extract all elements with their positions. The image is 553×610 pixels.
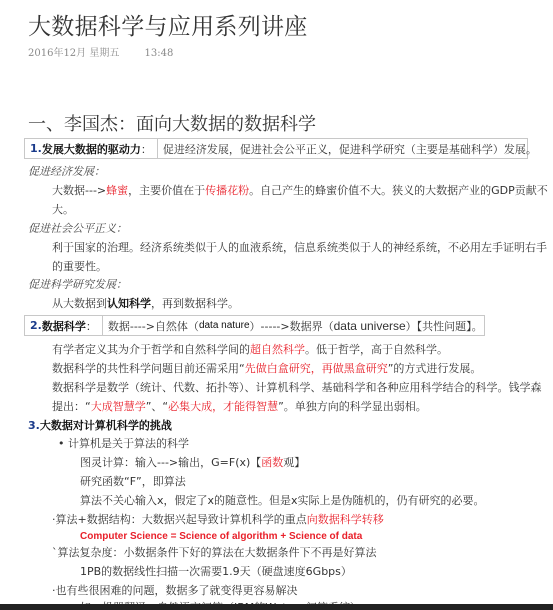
section-number: 3. <box>28 419 40 432</box>
highlight-text: 函数 <box>261 456 283 469</box>
scan-line: 1PB的数据线性扫描一次需要1.9天（硬盘速度6Gbps） <box>80 565 352 579</box>
research-line: 从大数据到认知科学，再到数据科学。 <box>52 297 239 311</box>
text: ）【共性问题】。 <box>406 318 483 334</box>
highlight-text: 先做白盒研究，再做黑盒研究 <box>245 362 388 375</box>
highlight-text: 向数据科学转移 <box>307 513 384 526</box>
box-label-text: 数据科学 <box>42 318 86 334</box>
article-page: 大数据科学与应用系列讲座 2016年12月 星期五 13:48 一、李国杰：面向… <box>0 0 553 610</box>
complexity-line: `算法复杂度：小数据条件下好的算法在大数据条件下不再是好算法 <box>52 546 377 560</box>
section-heading: 一、李国杰：面向大数据的数据科学 <box>28 110 316 136</box>
economy-line2: 大。 <box>52 203 74 217</box>
text: 大数据---> <box>52 184 106 197</box>
text: 数据科学的共性科学问题目前还需采用“ <box>52 362 245 375</box>
text: 数据---->自然体（ <box>108 318 199 334</box>
heading-text: 大数据对计算机科学的挑战 <box>40 419 172 432</box>
bottom-edge-bar <box>0 604 553 610</box>
box-body: 促进经济发展，促进社会公平正义，促进科学研究（主要是基础科学）发展。 <box>158 139 542 158</box>
study-f-line: 研究函数“F”，即算法 <box>80 475 186 489</box>
article-title: 大数据科学与应用系列讲座 <box>28 8 308 41</box>
article-date: 2016年12月 星期五 <box>28 48 119 59</box>
text: 提出：“ <box>52 400 91 413</box>
bullet-icon: • <box>58 437 65 450</box>
article-meta: 2016年12月 星期五 13:48 <box>28 44 173 59</box>
hard-problems-line: ·也有些很困难的问题，数据多了就变得更容易解决 <box>52 584 298 598</box>
highlight-text: 大成智慧学 <box>91 400 146 413</box>
research-heading: 促进科学研究发展： <box>28 278 127 292</box>
text: 。自己产生的蜂蜜价值不大。狭义的大数据产业的GDP贡献不 <box>249 184 548 197</box>
datasci-p3: 数据科学是数学（统计、代数、拓扑等）、计算机科学、基础科学和各种应用科学结合的科… <box>52 381 542 395</box>
text: 。低于哲学，高于自然科学。 <box>305 343 448 356</box>
box-number: 1. <box>30 142 42 155</box>
bullet-text: 计算机是关于算法的科学 <box>68 437 189 450</box>
turing-line: 图灵计算：输入--->输出，G=F(x)【函数观】 <box>80 456 305 470</box>
article-time: 13:48 <box>145 48 174 59</box>
text: ，主要价值在于 <box>128 184 205 197</box>
justice-line1: 利于国家的治理。经济系统类似于人的血液系统，信息系统类似于人的神经系统，不必用左… <box>52 241 547 255</box>
highlight-text: 传播花粉 <box>205 184 249 197</box>
datasci-p4: 提出：“大成智慧学”、“必集大成，才能得智慧”。单独方向的科学显出弱相。 <box>52 400 427 414</box>
box-colon: ： <box>86 318 97 334</box>
random-line: 算法不关心输入x，假定了x的随意性。但是x实际上是伪随机的，仍有研究的必要。 <box>80 494 485 508</box>
text: ”、“ <box>146 400 168 413</box>
economy-heading: 促进经济发展： <box>28 165 105 179</box>
box-colon: ： <box>141 141 152 157</box>
data-science-box: 2. 数据科学 ： 数据---->自然体（ data nature ）-----… <box>24 315 485 336</box>
latin-text: data nature <box>199 320 250 331</box>
bullet-item: • 计算机是关于算法的科学 <box>58 437 189 451</box>
box-body: 数据---->自然体（ data nature ）----->数据界（ data… <box>103 316 488 335</box>
text: ·算法+数据结构：大数据兴起导致计算机科学的重点 <box>52 513 307 526</box>
economy-line1: 大数据--->蜂蜜，主要价值在于传播花粉。自己产生的蜂蜜价值不大。狭义的大数据产… <box>52 184 548 198</box>
datasci-p1: 有学者定义其为介于哲学和自然科学间的超自然科学。低于哲学，高于自然科学。 <box>52 343 448 357</box>
highlight-text: 必集大成，才能得智慧 <box>168 400 278 413</box>
driving-force-box: 1. 发展大数据的驱动力 ： 促进经济发展，促进社会公平正义，促进科学研究（主要… <box>24 138 528 159</box>
challenge-heading: 3.大数据对计算机科学的挑战 <box>28 419 172 433</box>
datasci-p2: 数据科学的共性科学问题目前还需采用“先做白盒研究，再做黑盒研究”的方式进行发展。 <box>52 362 481 376</box>
text: ，再到数据科学。 <box>151 297 239 310</box>
text: ”。单独方向的科学显出弱相。 <box>278 400 427 413</box>
algo-ds-line: ·算法+数据结构：大数据兴起导致计算机科学的重点向数据科学转移 <box>52 513 384 527</box>
bold-text: 认知科学 <box>107 297 151 310</box>
justice-heading: 促进社会公平正义： <box>28 222 127 236</box>
text: ”的方式进行发展。 <box>388 362 482 375</box>
box-label: 2. 数据科学 ： <box>25 316 103 335</box>
cs-formula: Computer Science = Science of algorithm … <box>80 530 362 544</box>
box-number: 2. <box>30 319 42 332</box>
latin-text: data universe <box>334 319 406 333</box>
justice-line2: 的重要性。 <box>52 260 107 274</box>
highlight-text: 超自然科学 <box>250 343 305 356</box>
text: ）----->数据界（ <box>250 318 334 334</box>
text: 图灵计算：输入--->输出，G=F(x)【 <box>80 456 261 469</box>
text: 观】 <box>283 456 305 469</box>
highlight-text: 蜂蜜 <box>106 184 128 197</box>
box-label: 1. 发展大数据的驱动力 ： <box>25 139 158 158</box>
text: 从大数据到 <box>52 297 107 310</box>
text: 有学者定义其为介于哲学和自然科学间的 <box>52 343 250 356</box>
box-label-text: 发展大数据的驱动力 <box>42 141 141 157</box>
